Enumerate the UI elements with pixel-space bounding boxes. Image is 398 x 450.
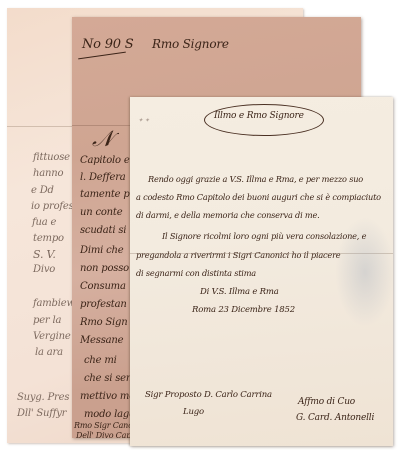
back-line: fambiew [33, 298, 75, 309]
addressee-city: Lugo [183, 407, 204, 417]
middle-line: modo lago [84, 409, 135, 420]
body-line: di segnarmi con distinta stima [136, 268, 256, 278]
closing-line: Di V.S. Illma e Rma [200, 287, 279, 297]
middle-line: tamente p [80, 189, 130, 200]
back-line: e Dd [31, 185, 54, 196]
middle-line: Dimi che [80, 245, 123, 256]
body-line: a codesto Rmo Capitolo dei buoni auguri … [136, 192, 381, 202]
back-line: la ara [35, 347, 63, 358]
middle-line: Rmo Sign [80, 317, 128, 328]
back-closing: Suyg. Pres [17, 392, 69, 403]
front-letter-sheet: ✦ ✦ Illmo e Rmo Signore Rendo oggi grazi… [130, 97, 393, 446]
back-line: per la [33, 315, 61, 326]
middle-line: non posso [80, 263, 129, 274]
body-line: Il Signore ricolmi loro ogni più vera co… [162, 231, 366, 241]
middle-line: l. Deffera [80, 172, 126, 183]
middle-line: che si sen [84, 373, 132, 384]
photo-stage: fittuose hanno e Dd io profess fua e tem… [0, 0, 398, 450]
signature-name: G. Card. Antonelli [296, 413, 374, 423]
back-line: tempo [33, 233, 64, 244]
header-salutation: Illmo e Rmo Signore [214, 111, 304, 121]
middle-line: un conte [80, 207, 122, 218]
middle-line: Capitolo e [80, 155, 130, 166]
addressee-line: Sigr Proposto D. Carlo Carrina [145, 390, 272, 400]
back-line: S. V. [33, 248, 56, 261]
salutation: Rmo Signore [152, 37, 229, 51]
middle-line: scudati si [80, 225, 126, 236]
middle-line: mettivo mo [80, 391, 135, 402]
letter-number: No 90 S [82, 37, 134, 52]
middle-line: Consuma [80, 281, 126, 292]
date-line: Roma 23 Dicembre 1852 [192, 305, 295, 315]
back-line: Divo [33, 264, 55, 275]
middle-line: Messane [80, 335, 123, 346]
back-line: fittuose [33, 152, 70, 163]
signature-line: Affmo di Cuo [298, 397, 355, 407]
body-line: Rendo oggi grazie a V.S. Illma e Rma, e … [148, 174, 363, 184]
back-line: hanno [33, 168, 63, 179]
back-line: Vergine [33, 331, 71, 342]
number-underline [78, 52, 126, 60]
middle-footer: Dell' Divo Cap [76, 431, 131, 438]
body-line: di darmi, e della memoria che conserva d… [136, 210, 320, 220]
back-closing: Dll' Suffyr [17, 408, 66, 419]
embossed-stamp: ✦ ✦ [138, 117, 149, 124]
middle-line: che mi [84, 355, 117, 366]
back-line: fua e [32, 217, 56, 228]
middle-line: profestan [80, 299, 127, 310]
decorative-initial: 𝒩 [92, 127, 113, 152]
body-line: pregandola a riverirmi i Sigri Canonici … [136, 250, 340, 260]
